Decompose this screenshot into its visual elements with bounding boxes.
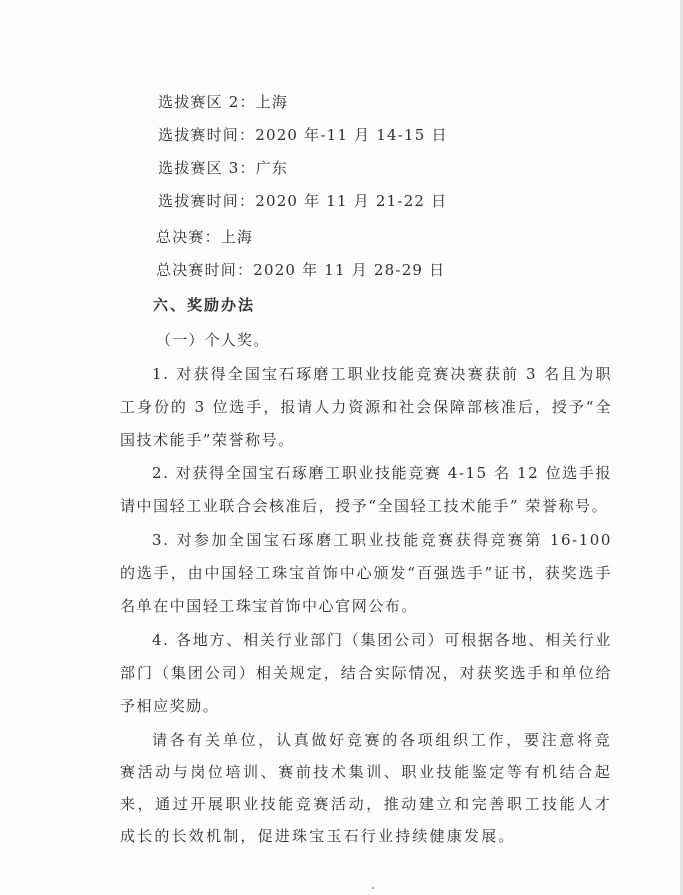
section-heading: 六、奖励办法: [153, 295, 255, 315]
award-paragraph-2: 2. 对获得全国宝石琢磨工职业技能竞赛 4-15 名 12 位选手报请中国轻工业…: [120, 457, 612, 523]
schedule-line-region-3-time: 选拔赛时间：2020 年 11 月 21-22 日: [158, 191, 447, 211]
award-paragraph-3: 3. 对参加全国宝石琢磨工职业技能竞赛获得竞赛第 16-100 的选手，由中国轻…: [120, 524, 612, 623]
schedule-line-region-2: 选拔赛区 2：上海: [158, 92, 288, 112]
subsection-heading: （一）个人奖。: [156, 330, 269, 350]
schedule-line-final-time: 总决赛时间：2020 年 11 月 28-29 日: [156, 260, 445, 280]
award-paragraph-1: 1. 对获得全国宝石琢磨工职业技能竞赛决赛获前 3 名且为职工身份的 3 位选手…: [120, 358, 612, 457]
page-speck: [372, 887, 374, 889]
schedule-line-region-3: 选拔赛区 3：广东: [158, 158, 288, 178]
document-page: 选拔赛区 2：上海 选拔赛时间：2020 年-11 月 14-15 日 选拔赛区…: [0, 0, 680, 895]
award-paragraph-4: 4. 各地方、相关行业部门（集团公司）可根据各地、相关行业部门（集团公司）相关规…: [120, 624, 612, 723]
schedule-line-region-2-time: 选拔赛时间：2020 年-11 月 14-15 日: [158, 125, 448, 145]
schedule-line-final: 总决赛：上海: [156, 227, 253, 247]
closing-paragraph: 请各有关单位，认真做好竞赛的各项组织工作，要注意将竞赛活动与岗位培训、赛前技术集…: [120, 724, 612, 852]
